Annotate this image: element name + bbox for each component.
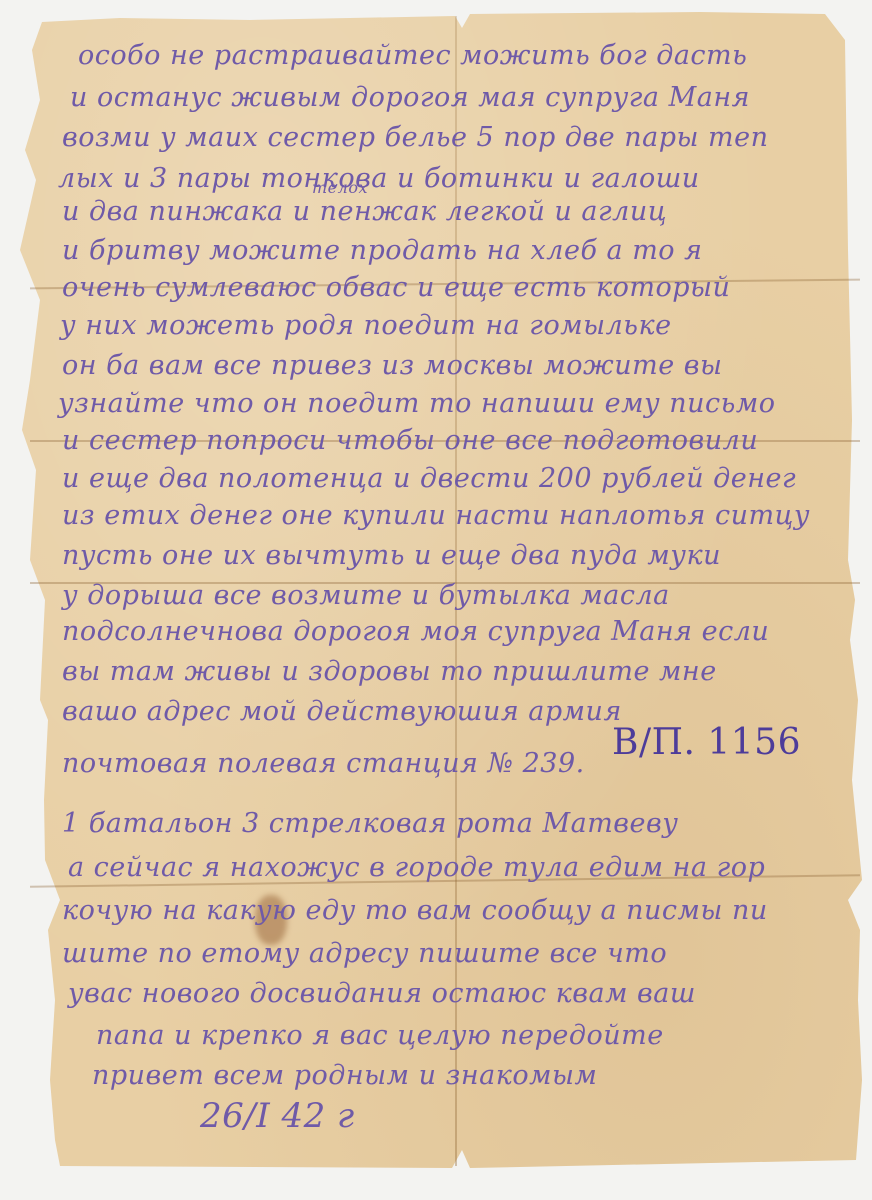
letter-line: папа и крепко я вас целую передойте (96, 1020, 664, 1051)
letter-line: и останус живым дорогоя мая супруга Маня (70, 82, 750, 113)
letter-line: у дорыша все возмите и бутылка масла (62, 580, 670, 611)
letter-line: подсолнечнова дорогоя моя супруга Маня е… (62, 616, 769, 647)
letter-date: 26/I 42 г (200, 1096, 355, 1136)
letter-line: лых и 3 пары тонкова и ботинки и галоши (58, 163, 700, 194)
letter-line: и два пинжака и пенжак легкой и аглиц (62, 196, 667, 227)
letter-sheet: особо не растраивайтес можить бог дасть … (0, 0, 872, 1200)
letter-line: возми у маих сестер белье 5 пор две пары… (62, 122, 769, 153)
letter-line: у них можеть родя поедит на гомыльке (60, 310, 672, 341)
letter-line: вашо адрес мой действуюшия армия (62, 696, 622, 727)
letter-line: и бритву можите продать на хлеб а то я (62, 235, 703, 266)
letter-line: шите по етому адресу пишите все что (62, 938, 667, 969)
letter-line: он ба вам все привез из москвы можите вы (62, 350, 723, 381)
letter-line: увас нового досвидания остаюс квам ваш (68, 978, 696, 1009)
letter-line: очень сумлеваюс обвас и еще есть который (62, 272, 730, 303)
letter-line: особо не растраивайтес можить бог дасть (78, 40, 747, 71)
letter-line: вы там живы и здоровы то пришлите мне (62, 656, 717, 687)
interlinear-insert: телох (312, 178, 368, 197)
letter-line: а сейчас я нахожус в городе тула едим на… (68, 852, 765, 883)
letter-line: кочую на какую еду то вам сообщу а писмы… (62, 895, 768, 926)
letter-line: узнайте что он поедит то напиши ему пись… (58, 388, 776, 419)
letter-line: почтовая полевая станция № 239. (62, 748, 585, 779)
letter-line: привет всем родным и знакомым (92, 1060, 597, 1091)
letter-line: пусть оне их вычтуть и еще два пуда муки (62, 540, 721, 571)
letter-line: из етих денег оне купили насти наплотья … (62, 500, 810, 531)
letter-line: и еще два полотенца и двести 200 рублей … (62, 463, 796, 494)
letter-line: и сестер попроси чтобы оне все подготови… (62, 425, 758, 456)
unit-number: В/П. 1156 (612, 722, 801, 763)
letter-line: 1 батальон 3 стрелковая рота Матвеву (62, 808, 678, 839)
